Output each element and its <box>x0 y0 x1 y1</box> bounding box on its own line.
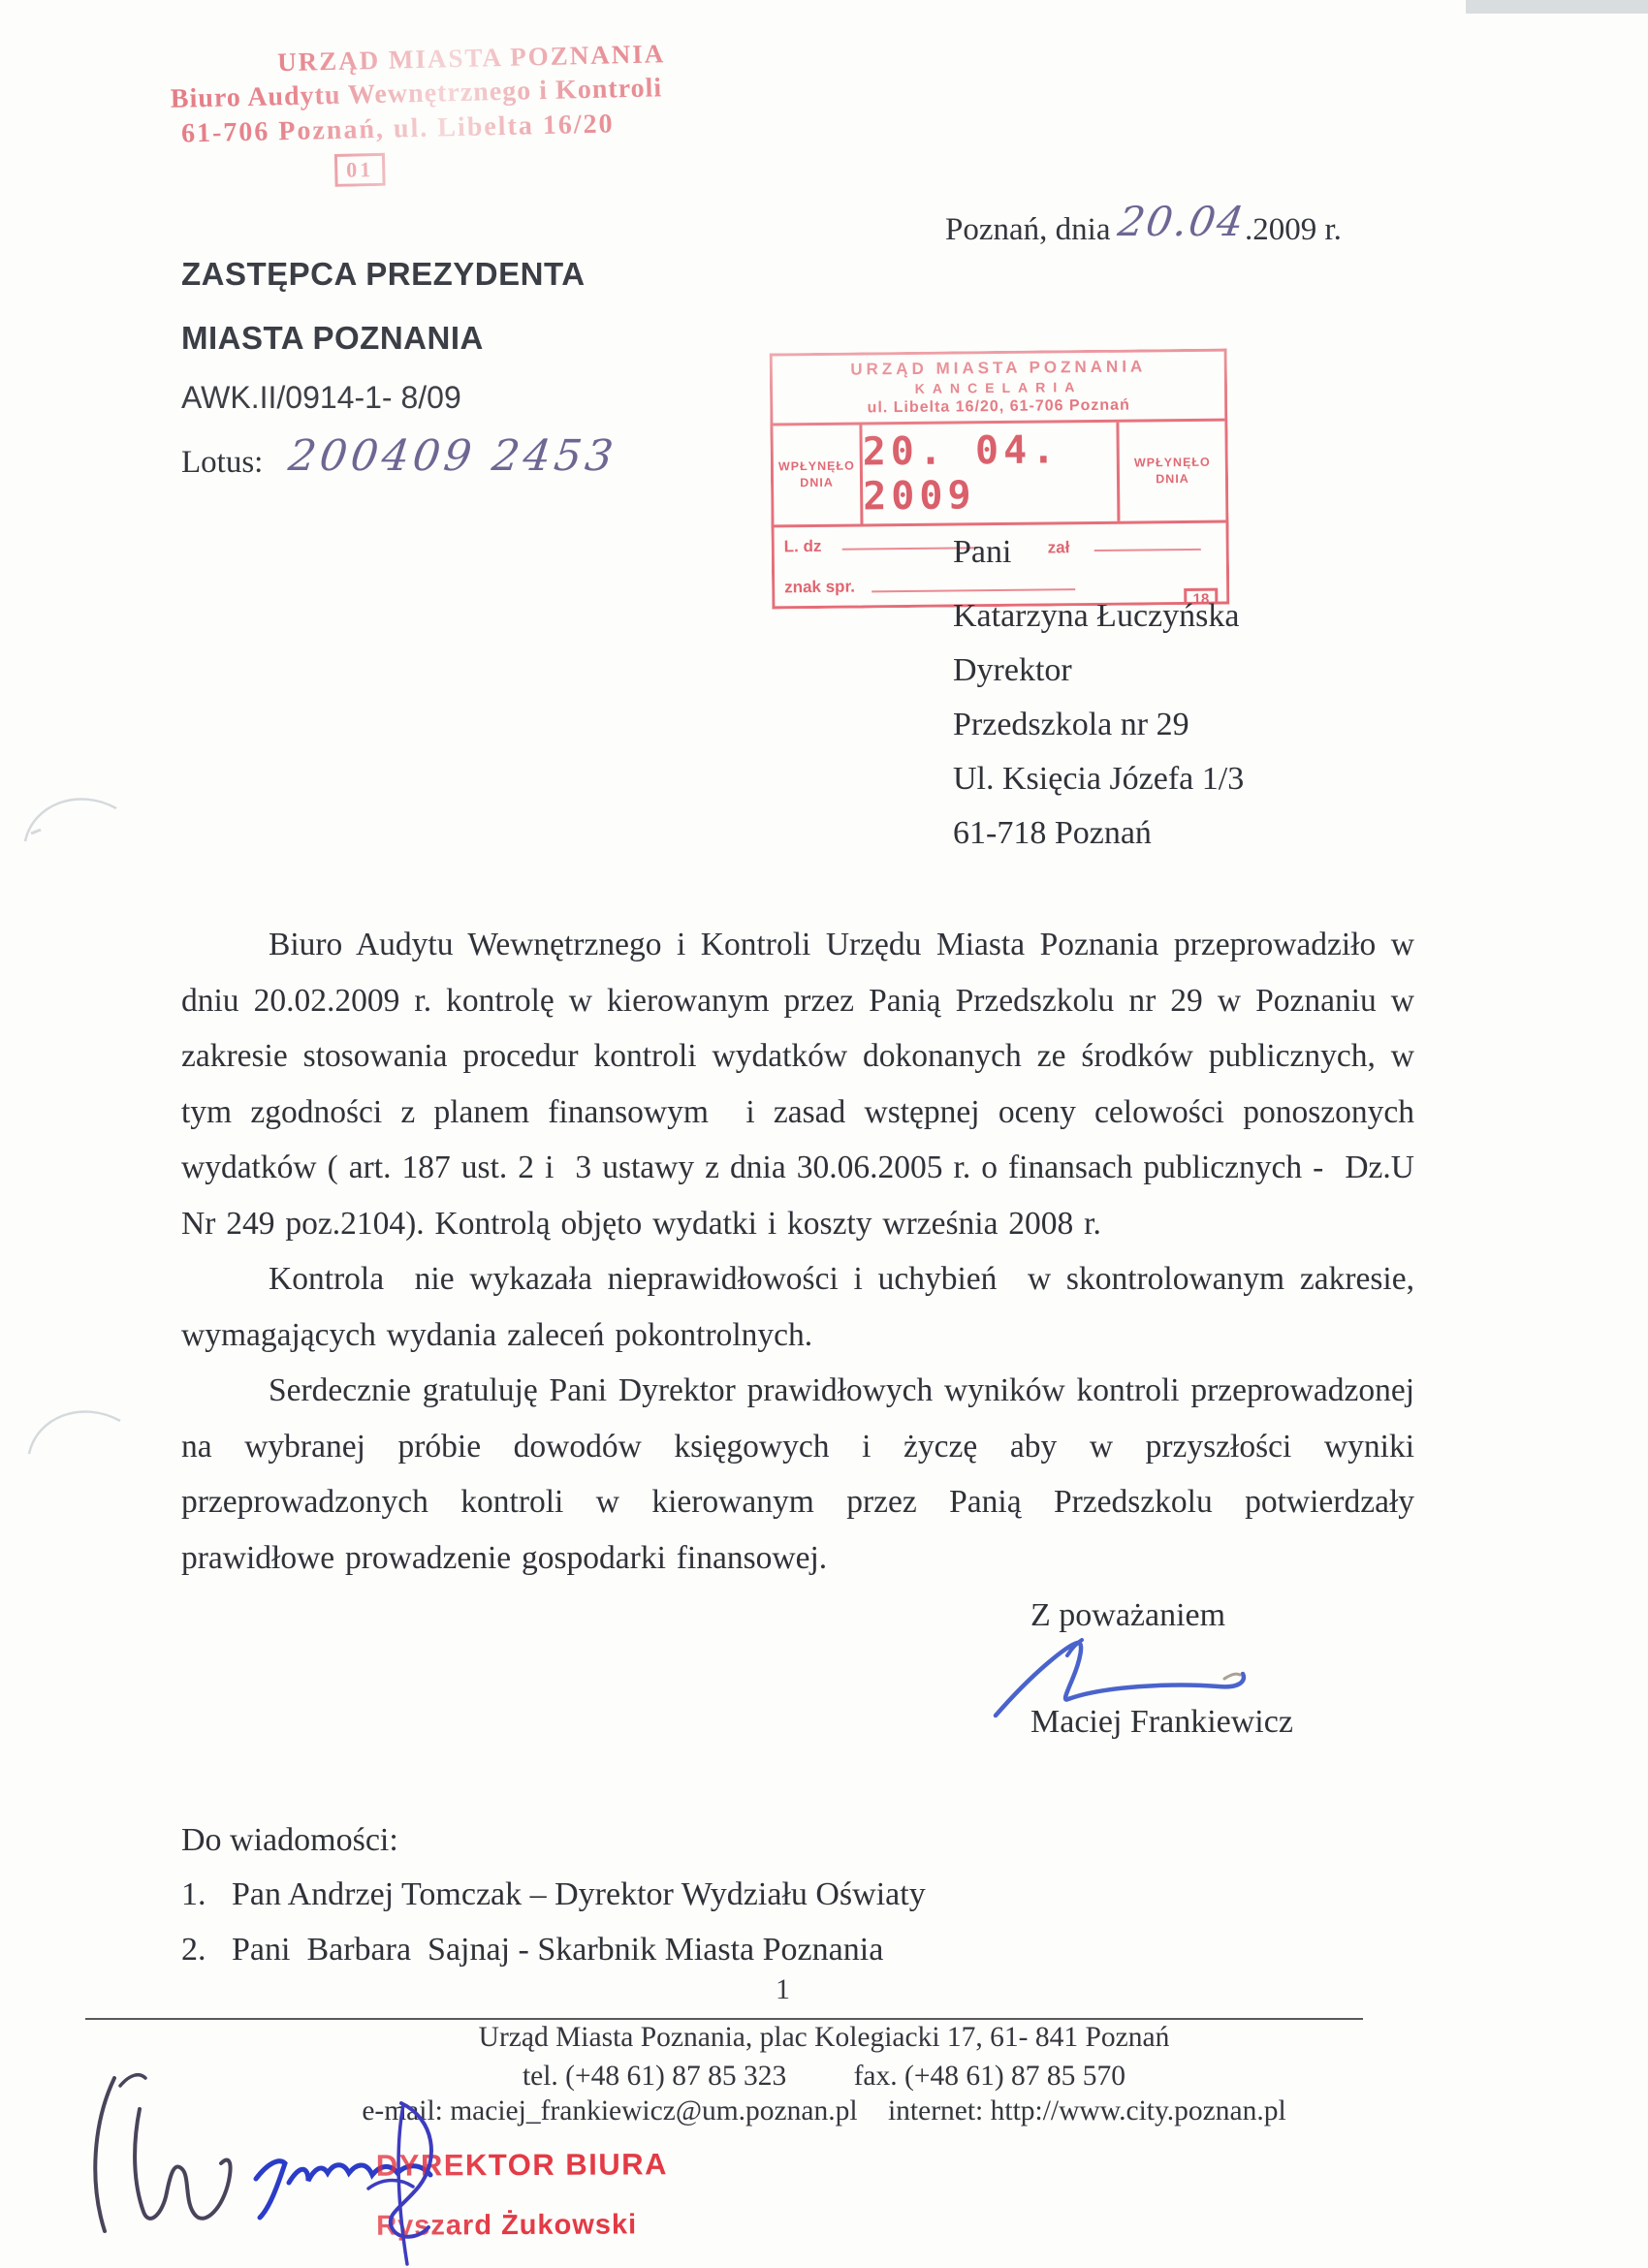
received-date-value: 20. 04. 2009 <box>862 423 1117 524</box>
zal-label: zał <box>1048 538 1070 557</box>
cc-item-1-text: Pan Andrzej Tomczak – Dyrektor Wydziału … <box>232 1876 926 1913</box>
recipient-salutation: Pani <box>953 534 1011 571</box>
dateline-suffix: .2009 r. <box>1245 212 1342 247</box>
dateline-prefix: Poznań, dnia <box>945 212 1110 247</box>
footer-fax: fax. (+48 61) 87 85 570 <box>854 2061 1125 2092</box>
scan-smudge-arc <box>17 781 126 851</box>
sender-title-line1: ZASTĘPCA PREZYDENTA <box>181 256 586 293</box>
recipient-address-block: Katarzyna Łuczyńska Dyrektor Przedszkola… <box>953 589 1244 861</box>
recipient-street: Ul. Księcia Józefa 1/3 <box>953 752 1244 806</box>
dateline: Poznań, dnia 20.04.2009 r. <box>945 202 1342 249</box>
body-paragraph-1: Biuro Audytu Wewnętrznego i Kontroli Urz… <box>181 917 1414 1251</box>
signer-name: Maciej Frankiewicz <box>1030 1704 1293 1741</box>
footer-divider <box>85 2018 1363 2020</box>
zal-blank-line <box>1094 537 1201 551</box>
registry-office-unit: KANCELARIA <box>773 378 1224 398</box>
page-number: 1 <box>776 1973 790 2006</box>
scan-edge-artifact <box>1466 0 1648 14</box>
sender-title-line2: MIASTA POZNANIA <box>181 320 484 357</box>
footer-email-internet: e-mail: maciej_frankiewicz@um.poznan.pl … <box>0 2095 1648 2127</box>
footer-address: Urząd Miasta Poznania, plac Kolegiacki 1… <box>0 2022 1648 2054</box>
registry-stamp-middle-row: WPŁYNĘŁO DNIA 20. 04. 2009 WPŁYNĘŁO DNIA <box>773 419 1225 528</box>
cc-item-2: 2. Pani Barbara Sajnaj - Skarbnik Miasta… <box>181 1932 883 1969</box>
letter-body: Biuro Audytu Wewnętrznego i Kontroli Urz… <box>181 917 1414 1586</box>
received-date-label-left: WPŁYNĘŁO DNIA <box>773 425 863 524</box>
footer-internet: internet: http://www.city.poznan.pl <box>888 2095 1286 2126</box>
body-paragraph-3: Serdecznie gratuluję Pani Dyrektor prawi… <box>181 1363 1414 1586</box>
closing-phrase: Z poważaniem <box>1030 1597 1225 1634</box>
cc-heading: Do wiadomości: <box>181 1822 398 1859</box>
recipient-role: Dyrektor <box>953 644 1244 698</box>
cc-item-1-number: 1. <box>181 1876 232 1913</box>
handwritten-signature-director <box>341 2092 472 2268</box>
registry-office-address: ul. Libelta 16/20, 61-706 Poznań <box>773 396 1224 419</box>
recipient-institution: Przedszkola nr 29 <box>953 698 1244 752</box>
footer-phone-fax: tel. (+48 61) 87 85 323 fax. (+48 61) 87… <box>0 2061 1648 2093</box>
scan-smudge-arc <box>21 1394 130 1464</box>
stamp-box-number: 01 <box>334 153 386 187</box>
office-address-stamp: URZĄD MIASTA POZNANIA Biuro Audytu Wewnę… <box>134 38 699 191</box>
handwritten-lotus-number: 200409 2453 <box>285 431 618 481</box>
znak-spr-label: znak spr. <box>784 578 855 598</box>
received-date-label-right: WPŁYNĘŁO DNIA <box>1116 422 1225 521</box>
handwritten-initials-left <box>78 2066 247 2251</box>
lotus-label: Lotus: <box>181 445 263 480</box>
footer-tel: tel. (+48 61) 87 85 323 <box>523 2061 786 2092</box>
ldz-label: L. dz <box>784 537 822 556</box>
cc-item-2-text: Pani Barbara Sajnaj - Skarbnik Miasta Po… <box>232 1932 883 1969</box>
handwritten-day-month: 20.04 <box>1115 198 1249 245</box>
registry-stamp-header: URZĄD MIASTA POZNANIA KANCELARIA ul. Lib… <box>773 352 1225 419</box>
recipient-name: Katarzyna Łuczyńska <box>953 589 1244 644</box>
cc-item-2-number: 2. <box>181 1932 232 1969</box>
registry-office-name: URZĄD MIASTA POZNANIA <box>773 357 1224 381</box>
cc-item-1: 1. Pan Andrzej Tomczak – Dyrektor Wydzia… <box>181 1876 926 1913</box>
recipient-city: 61-718 Poznań <box>953 806 1244 861</box>
case-reference-number: AWK.II/0914-1- 8/09 <box>181 380 461 416</box>
scanned-letter-page: URZĄD MIASTA POZNANIA Biuro Audytu Wewnę… <box>0 0 1648 2268</box>
body-paragraph-2: Kontrola nie wykazała nieprawidłowości i… <box>181 1251 1414 1363</box>
lotus-number-line: Lotus: 200409 2453 <box>181 433 617 483</box>
